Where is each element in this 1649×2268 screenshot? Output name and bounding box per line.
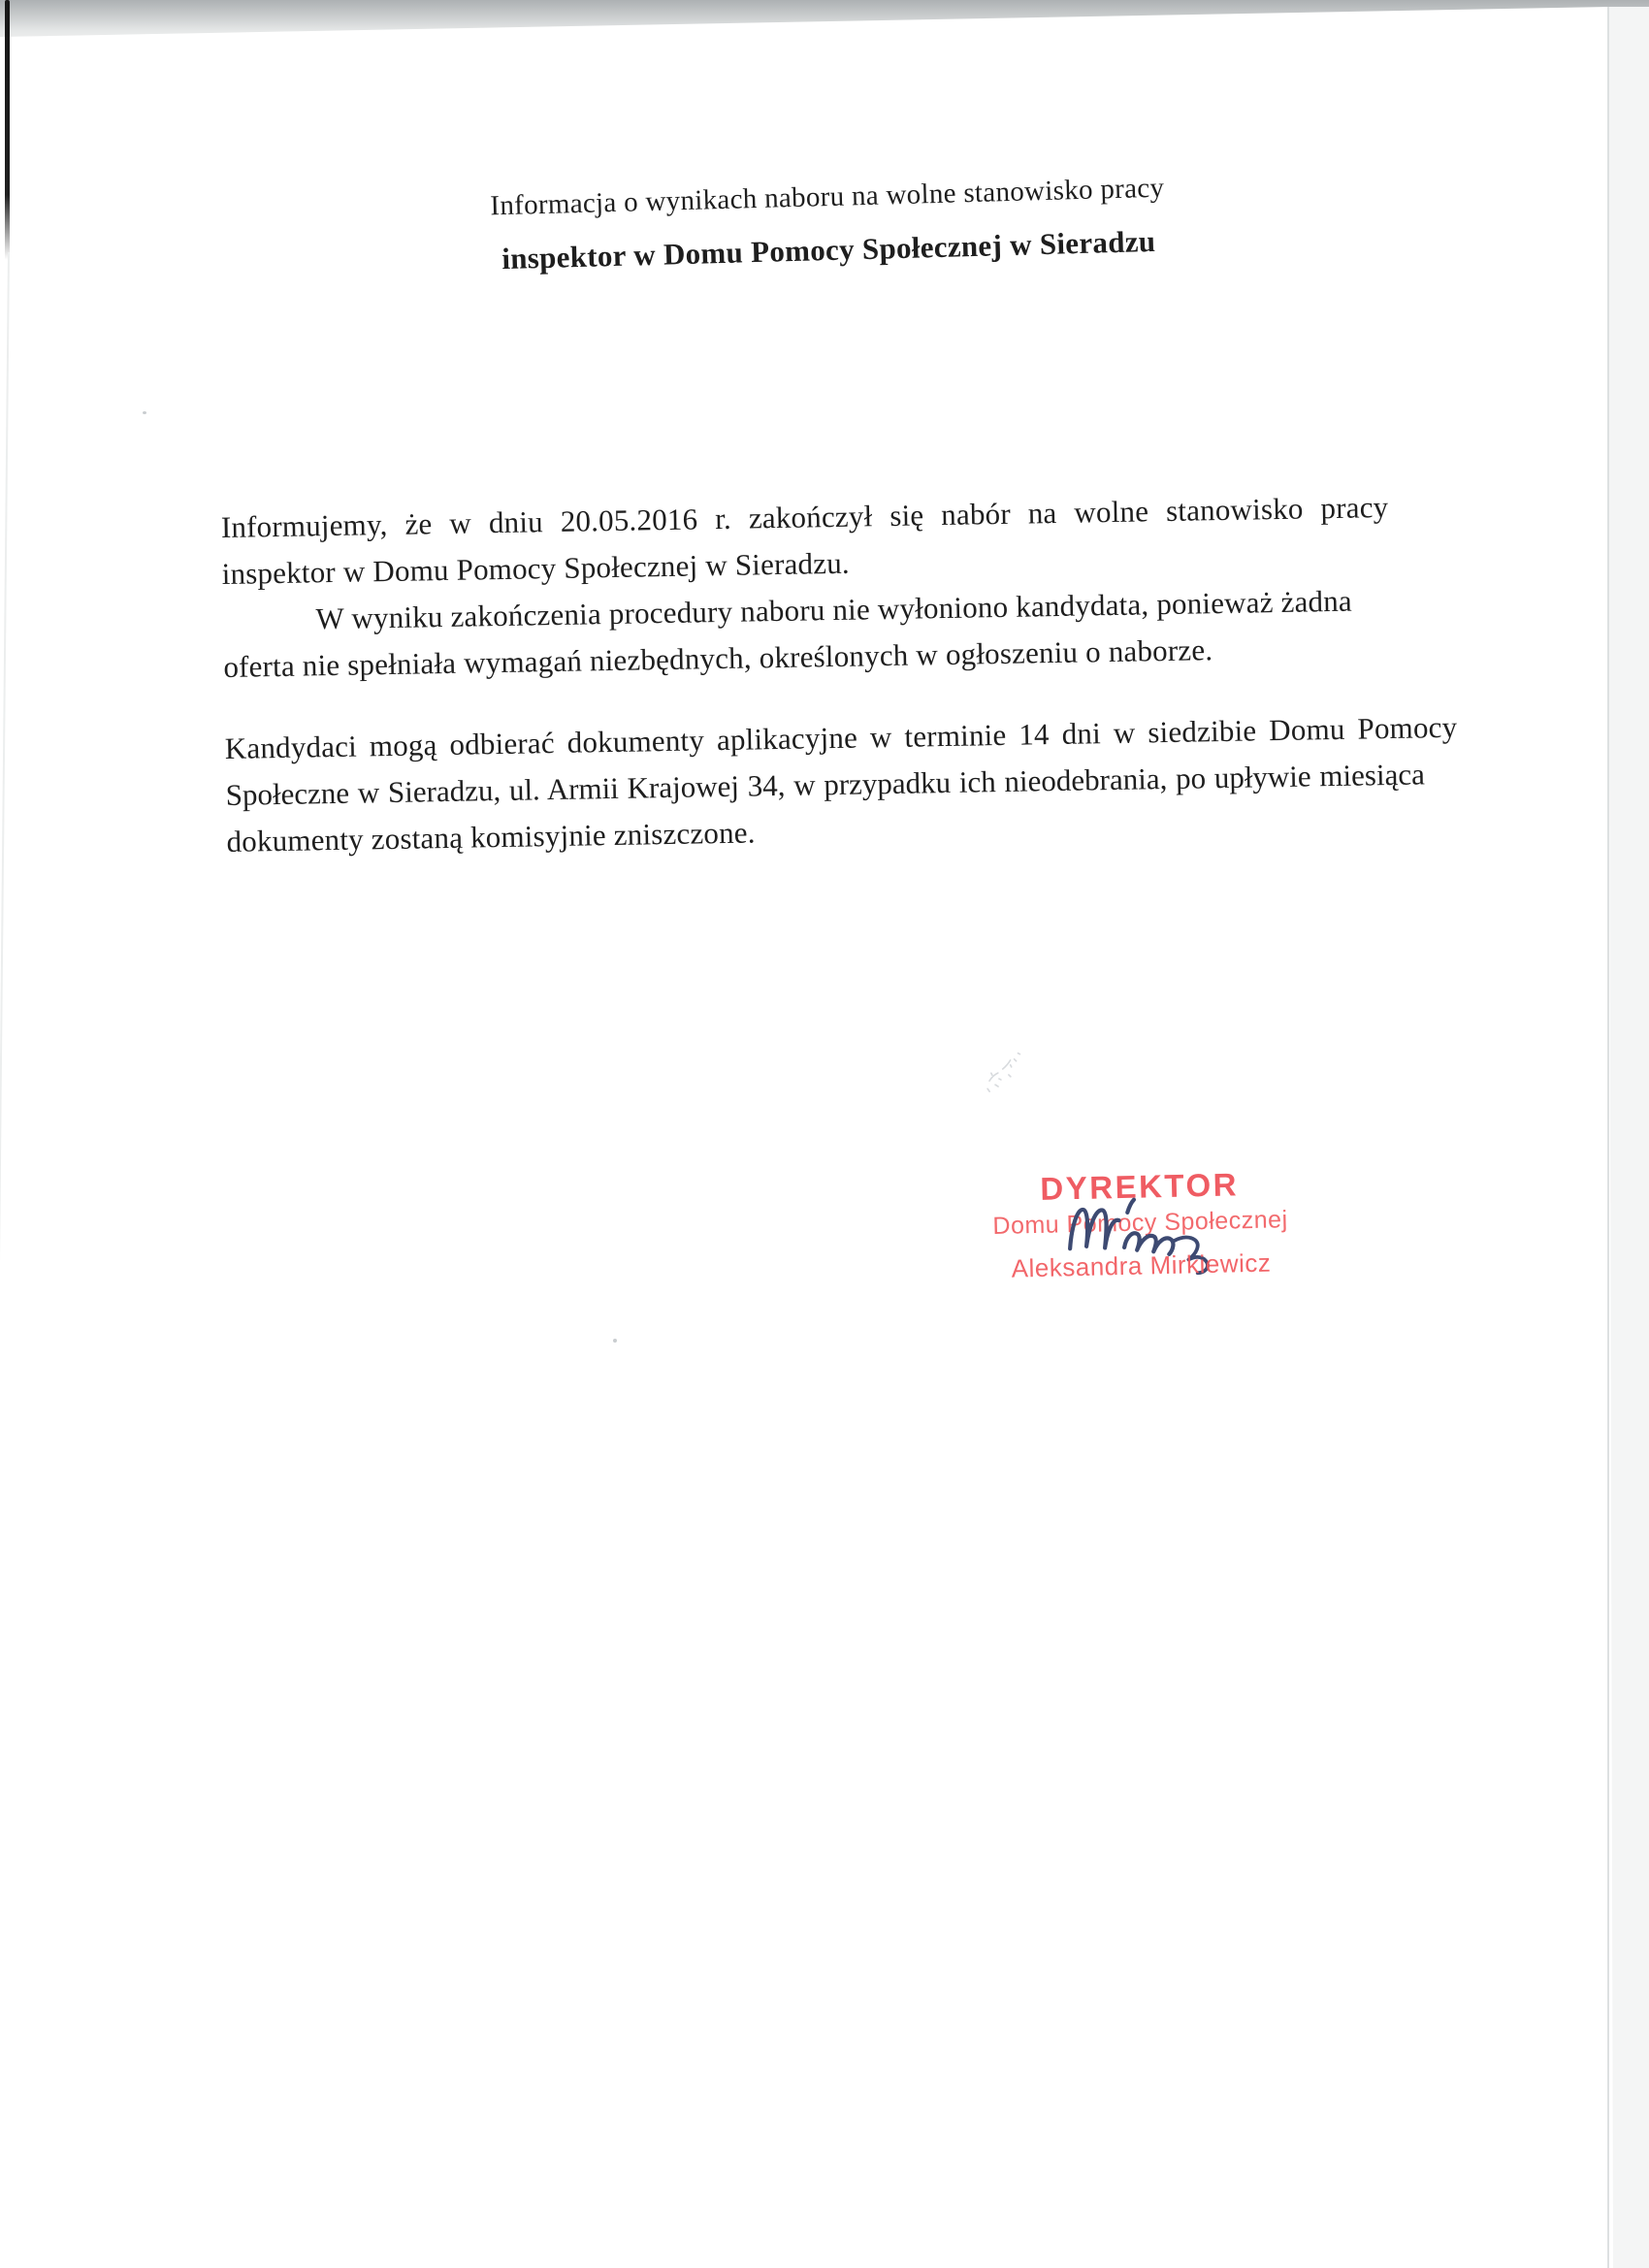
stamp-signer-name: Aleksandra Mirkiewicz [990, 1247, 1292, 1283]
document-title: Informacja o wynikach naboru na wolne st… [215, 163, 1441, 284]
paragraph-2: Kandydaci mogą odbierać dokumenty aplika… [224, 704, 1454, 865]
scan-smudge-artifact [975, 1035, 1038, 1098]
director-stamp: DYREKTOR Domu Pomocy Społecznej Aleksand… [988, 1166, 1292, 1283]
paragraph-1: Informujemy, że w dniu 20.05.2016 r. zak… [220, 483, 1451, 691]
stamp-organization: Domu Pomocy Społecznej [989, 1205, 1291, 1241]
document-content: Informacja o wynikach naboru na wolne st… [0, 0, 1649, 2268]
title-line-2: inspektor w Domu Pomocy Społecznej w Sie… [216, 216, 1441, 284]
stamp-title: DYREKTOR [988, 1166, 1290, 1208]
